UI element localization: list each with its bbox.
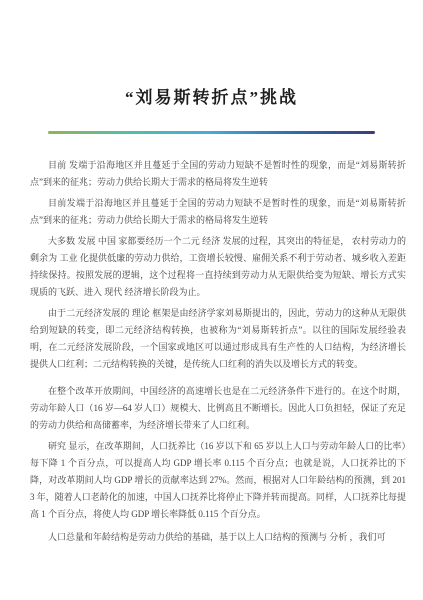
body-paragraph: 人口总量和年龄结构是劳动力供给的基础，基于以上人口结构的预测与 分析 ，我们可 [30,529,406,546]
body-paragraph: 在整个改革开放期间，中国经济的高速增长也是在二元经济条件下进行的。在这个时期，劳… [30,383,406,434]
body-paragraph: 目前 发端于沿海地区并且蔓延于全国的劳动力短缺不是暂时性的现象，而是“刘易斯转折… [30,157,406,191]
body-paragraph: 大多数 发展 中国 家都要经历一个二元 经济 发展的过程，其突出的特征是， 农村… [30,233,406,301]
body-paragraph: 研究 显示，在改革期间，人口抚养比（16 岁以下和 65 岁以上人口与劳动年龄人… [30,438,406,523]
title-divider [48,131,375,134]
document-body: 目前 发端于沿海地区并且蔓延于全国的劳动力短缺不是暂时性的现象，而是“刘易斯转折… [30,157,406,546]
body-paragraph: 由于二元经济发展的 理论 框架是由经济学家刘易斯提出的，因此，劳动力的这种从无限… [30,305,406,373]
document-page: “刘易斯转折点”挑战 目前 发端于沿海地区并且蔓延于全国的劳动力短缺不是暂时性的… [0,0,423,600]
body-paragraph: 目前发端于沿海地区并且蔓延于全国的劳动力短缺不是暂时性的现象，而是“刘易斯转折点… [30,195,406,229]
page-title: “刘易斯转折点”挑战 [0,86,423,110]
